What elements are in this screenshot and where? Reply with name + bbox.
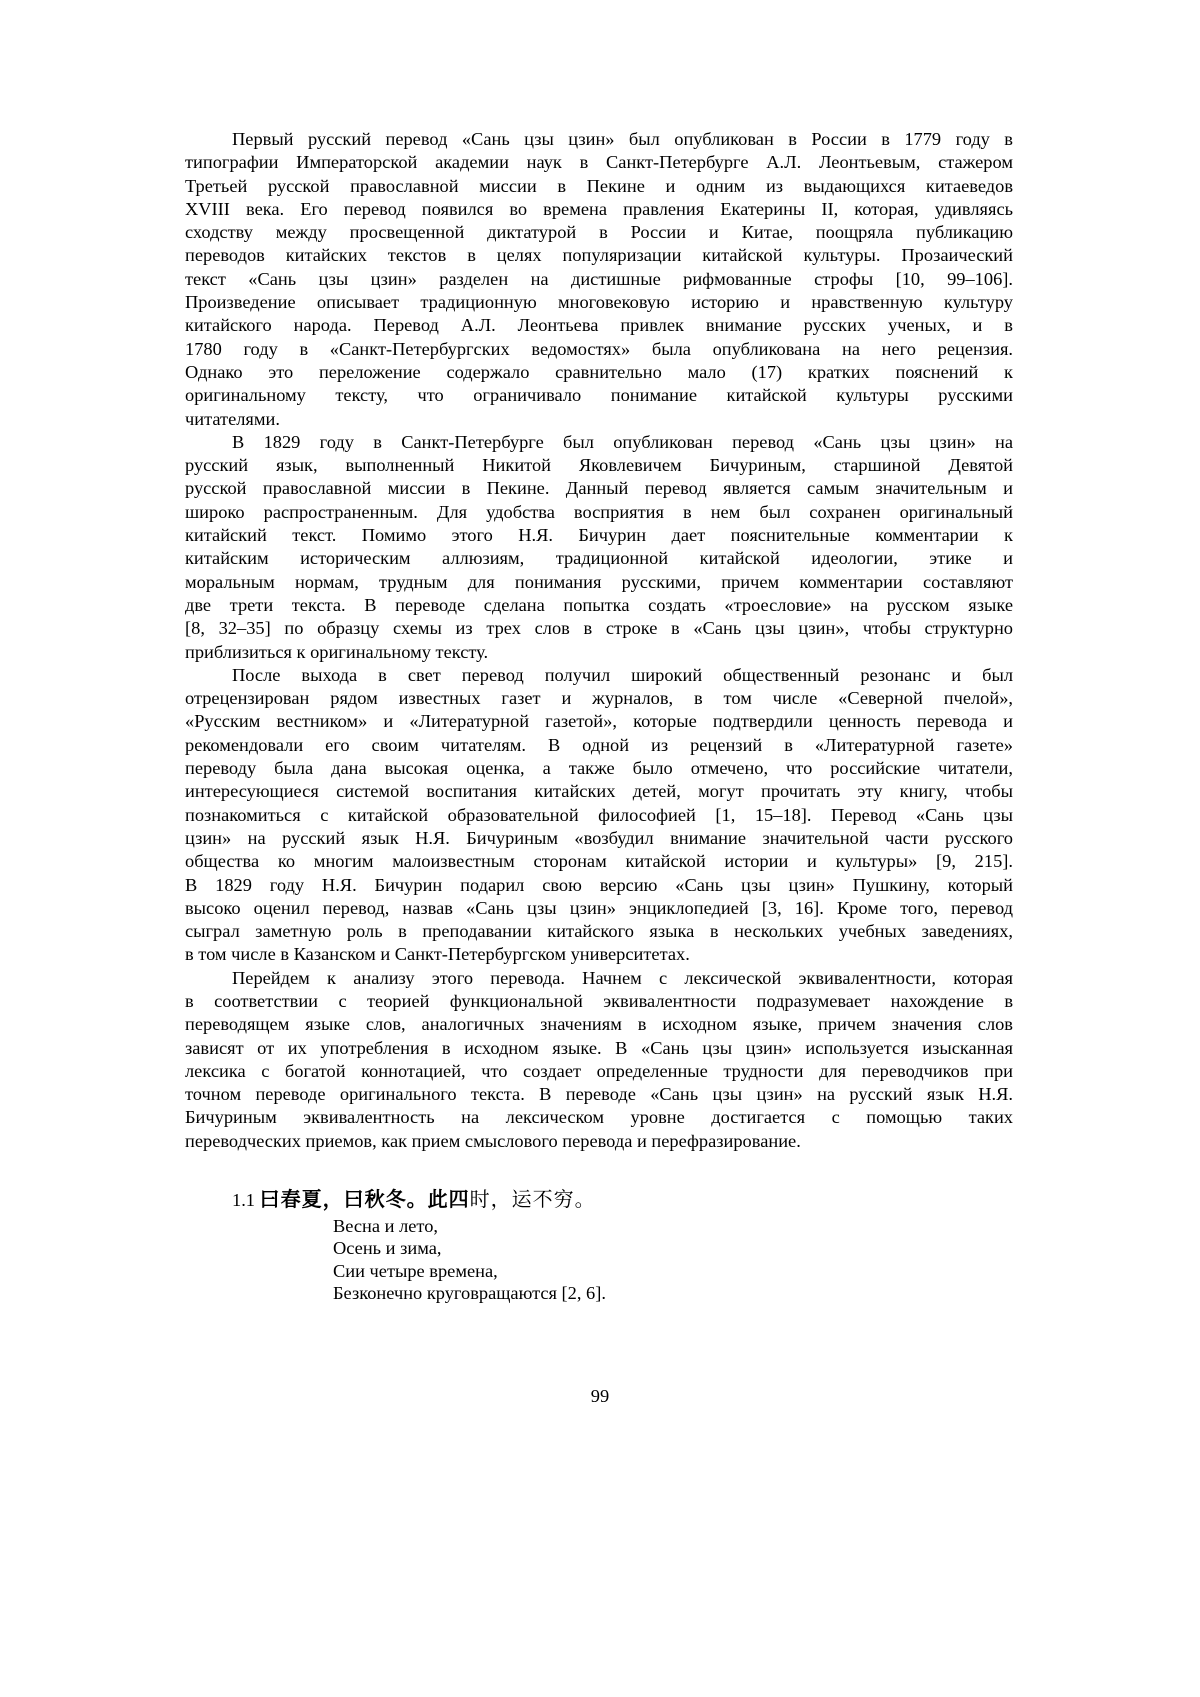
paragraph-2: В 1829 году в Санкт-Петербурге был опубл…: [185, 431, 1013, 664]
text-line: высоко оценил перевод, назвав «Сань цзы …: [185, 897, 1013, 920]
page-number: 99: [0, 1386, 1200, 1407]
text-line: точном переводе оригинального текста. В …: [185, 1083, 1013, 1106]
text-line: общества ко многим малоизвестным сторона…: [185, 850, 1013, 873]
text-line: зависят от их употребления в исходном яз…: [185, 1037, 1013, 1060]
example-chinese-regular: 时，运不穷。: [470, 1189, 596, 1211]
text-line: сходству между просвещенной диктатурой в…: [185, 221, 1013, 244]
example-block-1-1: 1.1 曰春夏，曰秋冬。此四时，运不穷。 Весна и лето, Осень…: [185, 1187, 1013, 1305]
text-line: цзин» на русский язык Н.Я. Бичуриным «во…: [185, 827, 1013, 850]
paragraph-1: Первый русский перевод «Сань цзы цзин» б…: [185, 128, 1013, 431]
verse-line: Безконечно круговращаются [2, 6].: [333, 1282, 1013, 1304]
text-line: сыграл заметную роль в преподавании кита…: [185, 920, 1013, 943]
verse-line: Весна и лето,: [333, 1215, 1013, 1237]
verse-translation: Весна и лето, Осень и зима, Сии четыре в…: [333, 1215, 1013, 1305]
verse-line: Осень и зима,: [333, 1237, 1013, 1259]
text-line: читателями.: [185, 408, 1013, 431]
text-line: переводящем языке слов, аналогичных знач…: [185, 1013, 1013, 1036]
text-line: В 1829 году Н.Я. Бичурин подарил свою ве…: [185, 874, 1013, 897]
text-line: [8, 32–35] по образцу схемы из трех слов…: [185, 617, 1013, 640]
text-line: китайским историческим аллюзиям, традици…: [185, 547, 1013, 570]
text-line: В 1829 году в Санкт-Петербурге был опубл…: [185, 431, 1013, 454]
text-line: типографии Императорской академии наук в…: [185, 151, 1013, 174]
example-chinese-line: 1.1 曰春夏，曰秋冬。此四时，运不穷。: [185, 1187, 1013, 1213]
text-line: XVIII века. Его перевод появился во врем…: [185, 198, 1013, 221]
text-line: «Русским вестником» и «Литературной газе…: [185, 710, 1013, 733]
text-line: После выхода в свет перевод получил широ…: [185, 664, 1013, 687]
text-line: интересующиеся системой воспитания китай…: [185, 780, 1013, 803]
paragraph-4: Перейдем к анализу этого перевода. Начне…: [185, 967, 1013, 1153]
verse-line: Сии четыре времена,: [333, 1260, 1013, 1282]
text-line: познакомиться с китайской образовательно…: [185, 804, 1013, 827]
text-line: в соответствии с теорией функциональной …: [185, 990, 1013, 1013]
text-line: Перейдем к анализу этого перевода. Начне…: [185, 967, 1013, 990]
text-line: лексика с богатой коннотацией, что созда…: [185, 1060, 1013, 1083]
text-line: русский язык, выполненный Никитой Яковле…: [185, 454, 1013, 477]
text-line: рекомендовали его своим читателям. В одн…: [185, 734, 1013, 757]
paragraph-3: После выхода в свет перевод получил широ…: [185, 664, 1013, 967]
text-line: текст «Сань цзы цзин» разделен на дистиш…: [185, 268, 1013, 291]
text-line: переводческих приемов, как прием смыслов…: [185, 1130, 1013, 1153]
text-line: в том числе в Казанском и Санкт-Петербур…: [185, 943, 1013, 966]
text-line: отрецензирован рядом известных газет и ж…: [185, 687, 1013, 710]
text-line: Первый русский перевод «Сань цзы цзин» б…: [185, 128, 1013, 151]
text-line: две трети текста. В переводе сделана поп…: [185, 594, 1013, 617]
article-text: Первый русский перевод «Сань цзы цзин» б…: [185, 128, 1013, 1305]
text-line: широко распространенным. Для удобства во…: [185, 501, 1013, 524]
text-line: китайский текст. Помимо этого Н.Я. Бичур…: [185, 524, 1013, 547]
text-line: Однако это переложение содержало сравнит…: [185, 361, 1013, 384]
text-line: оригинальному тексту, что ограничивало п…: [185, 384, 1013, 407]
text-line: Бичуриным эквивалентность на лексическом…: [185, 1106, 1013, 1129]
text-line: 1780 году в «Санкт-Петербургских ведомос…: [185, 338, 1013, 361]
text-line: переводу была дана высокая оценка, а так…: [185, 757, 1013, 780]
text-line: моральным нормам, трудным для понимания …: [185, 571, 1013, 594]
text-line: Третьей русской православной миссии в Пе…: [185, 175, 1013, 198]
text-line: китайского народа. Перевод А.Л. Леонтьев…: [185, 314, 1013, 337]
text-line: Произведение описывает традиционную мног…: [185, 291, 1013, 314]
example-chinese-bold: 曰春夏，曰秋冬。此四: [260, 1189, 470, 1211]
text-line: приблизиться к оригинальному тексту.: [185, 641, 1013, 664]
example-number: 1.1: [232, 1190, 260, 1210]
document-page: Первый русский перевод «Сань цзы цзин» б…: [0, 0, 1200, 1697]
text-line: переводов китайских текстов в целях попу…: [185, 244, 1013, 267]
text-line: русской православной миссии в Пекине. Да…: [185, 477, 1013, 500]
